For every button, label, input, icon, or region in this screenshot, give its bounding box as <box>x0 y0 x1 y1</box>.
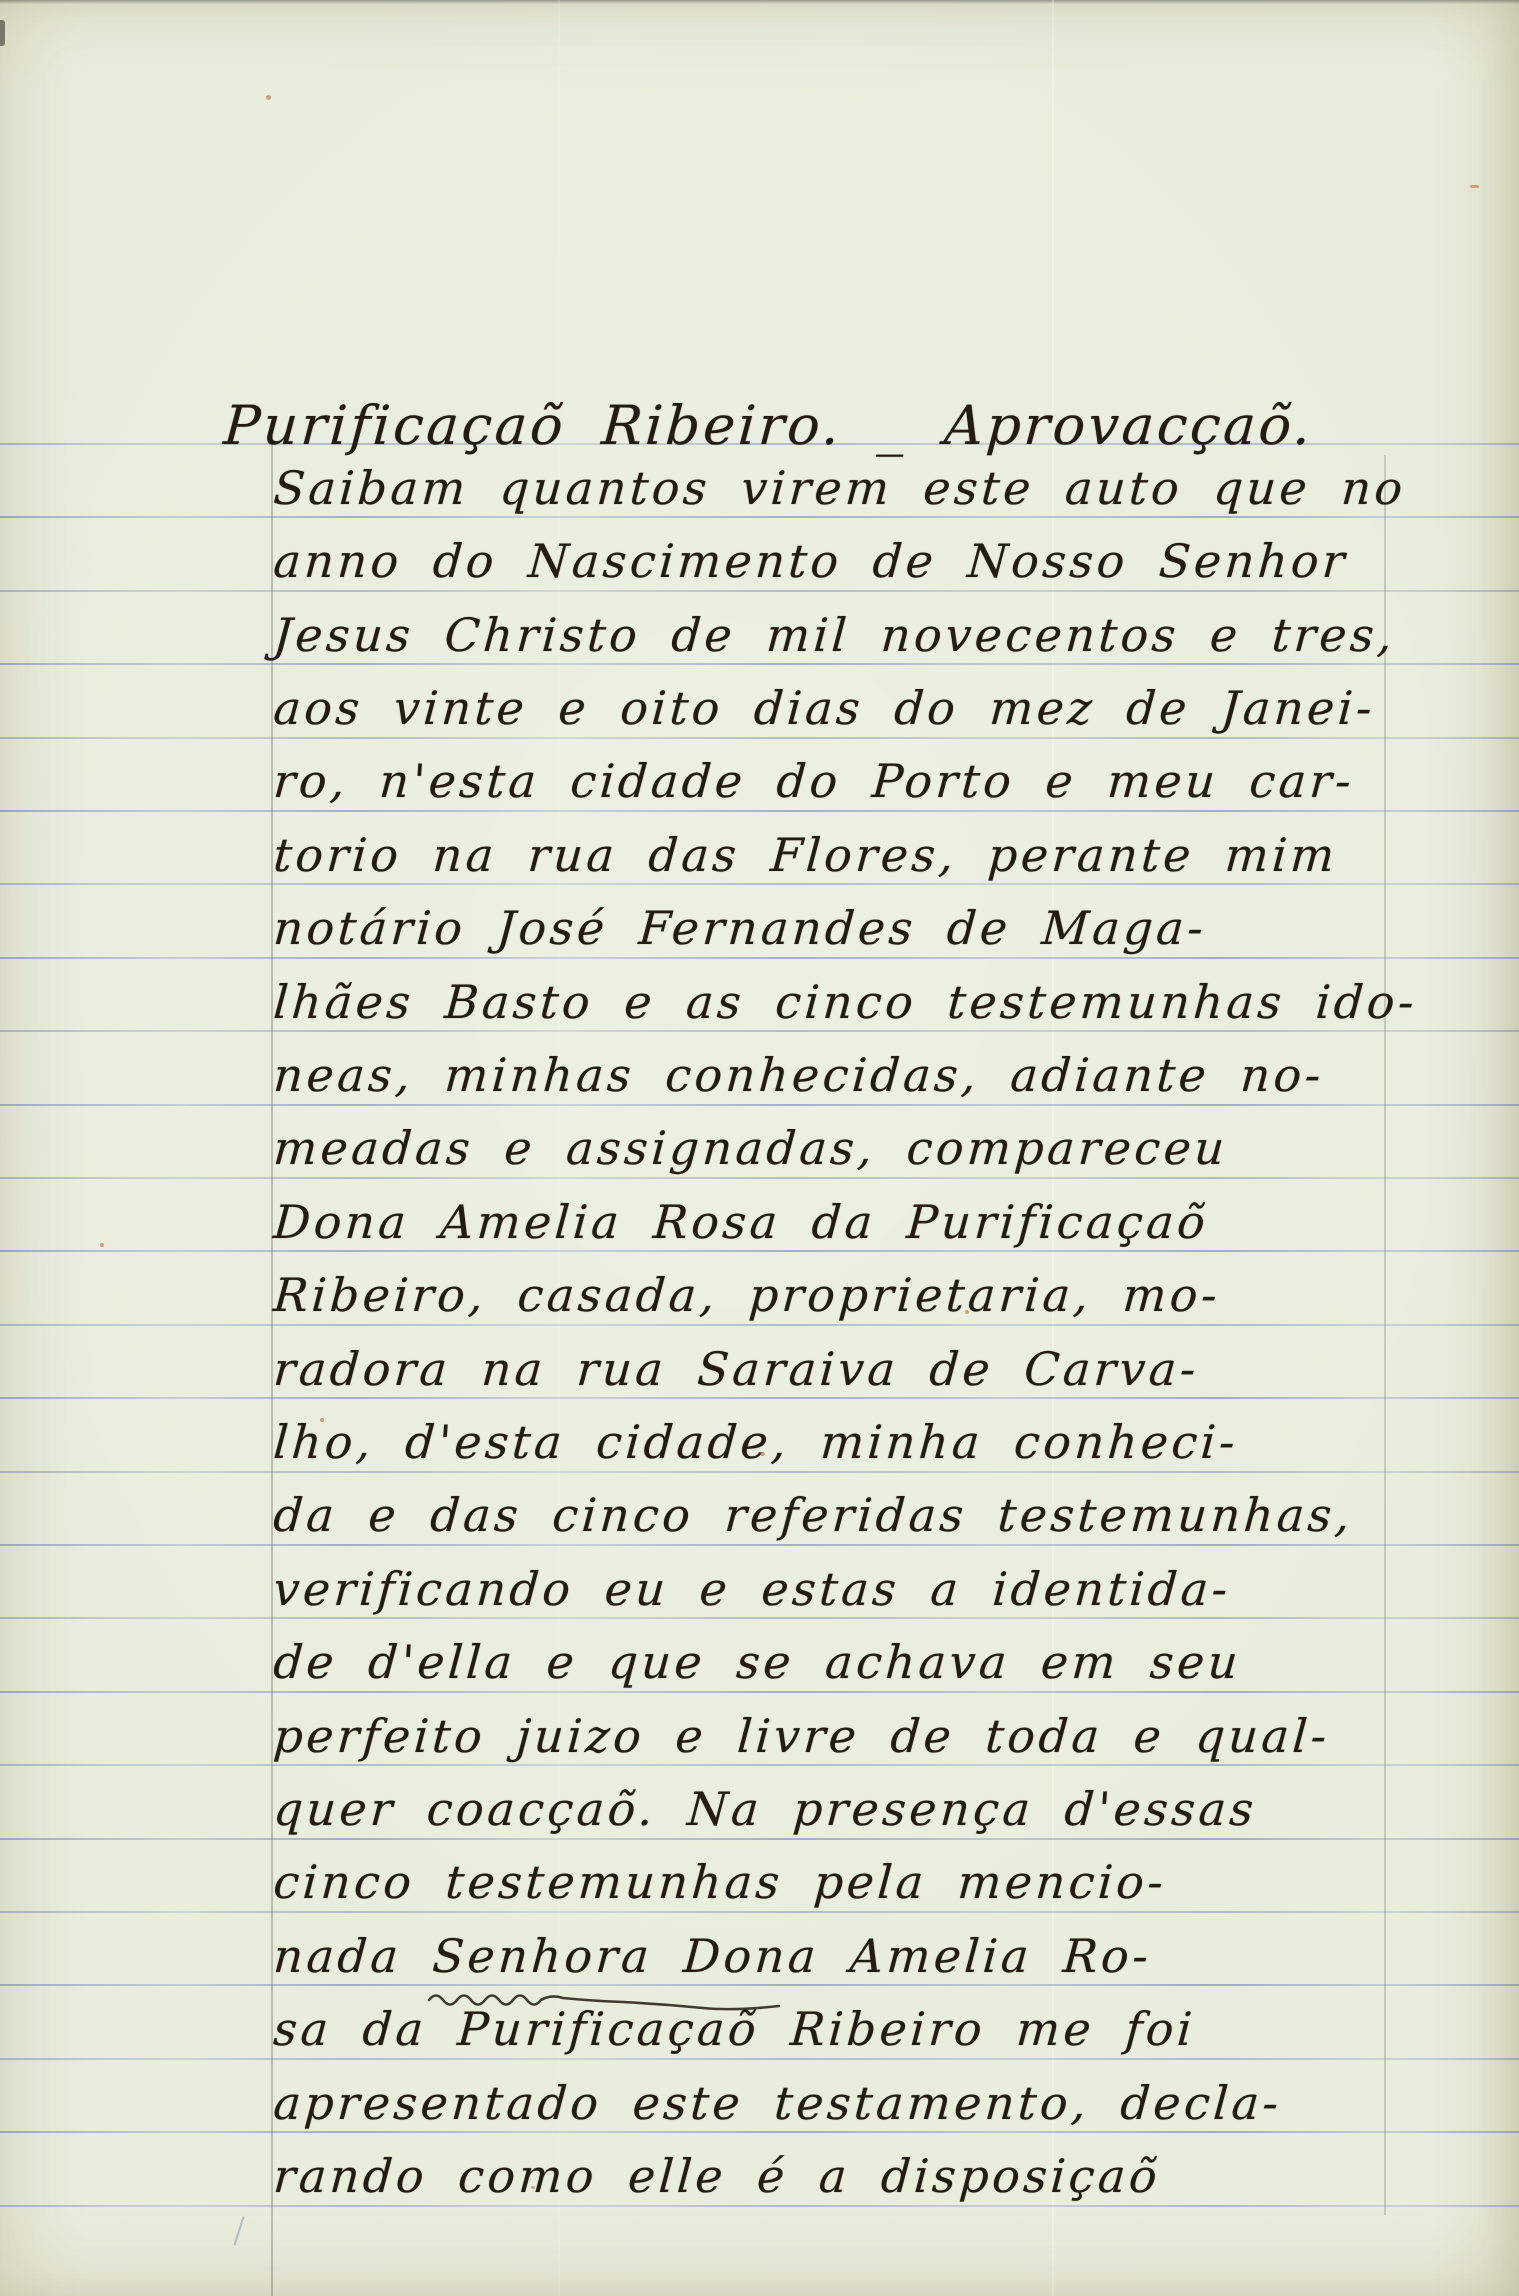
ruled-line <box>0 2131 1519 2133</box>
manuscript-line: neas, minhas conhecidas, adiante no- <box>272 1052 1326 1098</box>
manuscript-line: aos vinte e oito dias do mez de Janei- <box>272 685 1377 731</box>
manuscript-line: verificando eu e estas a identida- <box>272 1566 1232 1612</box>
foxing-speck <box>320 1418 324 1422</box>
ruled-line <box>0 1544 1519 1546</box>
foxing-speck <box>760 1452 765 1456</box>
ruled-line <box>0 2205 1519 2207</box>
ruled-line <box>0 1324 1519 1326</box>
ruled-line <box>0 1177 1519 1179</box>
manuscript-line: ro, n'esta cidade do Porto e meu car- <box>272 758 1356 804</box>
ruled-line <box>0 1250 1519 1252</box>
ruled-line <box>0 1838 1519 1840</box>
manuscript-line: nada Senhora Dona Amelia Ro- <box>272 1933 1153 1979</box>
foxing-speck <box>965 1310 969 1314</box>
manuscript-line: Jesus Christo de mil novecentos e tres, <box>272 612 1397 658</box>
right-margin-line <box>1384 455 1386 2215</box>
foxing-speck <box>1470 185 1479 188</box>
ruled-line <box>0 957 1519 959</box>
ruled-line <box>0 1397 1519 1399</box>
ruled-line <box>0 1911 1519 1913</box>
manuscript-line: meadas e assignadas, compareceu <box>272 1125 1229 1171</box>
manuscript-line: rando como elle é a disposiçaõ <box>272 2153 1162 2199</box>
ruled-line <box>0 810 1519 812</box>
stray-mark <box>233 2216 244 2245</box>
document-title: Purificaçaõ Ribeiro. _ Aprovacçaõ. <box>222 399 1315 453</box>
ruled-line <box>0 590 1519 592</box>
manuscript-line: quer coacçaõ. Na presença d'essas <box>272 1786 1258 1832</box>
manuscript-line: cinco testemunhas pela mencio- <box>272 1859 1168 1905</box>
manuscript-line: Saibam quantos virem este auto que no <box>272 465 1407 511</box>
manuscript-line: lho, d'esta cidade, minha conheci- <box>272 1419 1240 1465</box>
ruled-line <box>0 516 1519 518</box>
manuscript-line: de d'ella e que se achava em seu <box>272 1639 1243 1685</box>
manuscript-line: apresentado este testamento, decla- <box>272 2080 1283 2126</box>
foxing-speck <box>100 1243 104 1247</box>
ruled-line <box>0 1764 1519 1766</box>
ruled-line <box>0 1471 1519 1473</box>
foxing-speck <box>531 2186 535 2189</box>
manuscript-line: radora na rua Saraiva de Carva- <box>272 1346 1201 1392</box>
ruled-line <box>0 1691 1519 1693</box>
foxing-speck <box>266 95 271 100</box>
scan-top-edge <box>0 0 1519 4</box>
manuscript-line: Dona Amelia Rosa da Purificaçaõ <box>272 1199 1210 1245</box>
manuscript-line: notário José Fernandes de Maga- <box>272 905 1208 951</box>
ruled-line <box>0 1617 1519 1619</box>
ruled-line <box>0 737 1519 739</box>
ruled-line <box>0 883 1519 885</box>
scratched-word-mark <box>425 1986 793 2012</box>
manuscript-line: Ribeiro, casada, proprietaria, mo- <box>272 1272 1222 1318</box>
manuscript-line: lhães Basto e as cinco testemunhas ido- <box>272 979 1419 1025</box>
manuscript-line: torio na rua das Flores, perante mim <box>272 832 1339 878</box>
ruled-line <box>0 1104 1519 1106</box>
manuscript-line: sa da Purificaçaõ Ribeiro me foi <box>272 2006 1197 2052</box>
ruled-line <box>0 663 1519 665</box>
manuscript-page: Purificaçaõ Ribeiro. _ Aprovacçaõ. Saiba… <box>0 0 1519 2296</box>
scan-edge-mark <box>0 20 5 46</box>
manuscript-line: da e das cinco referidas testemunhas, <box>272 1492 1355 1538</box>
manuscript-line: anno do Nascimento de Nosso Senhor <box>272 538 1349 584</box>
ruled-line <box>0 2058 1519 2060</box>
ruled-line <box>0 1030 1519 1032</box>
manuscript-line: perfeito juizo e livre de toda e qual- <box>272 1713 1331 1759</box>
